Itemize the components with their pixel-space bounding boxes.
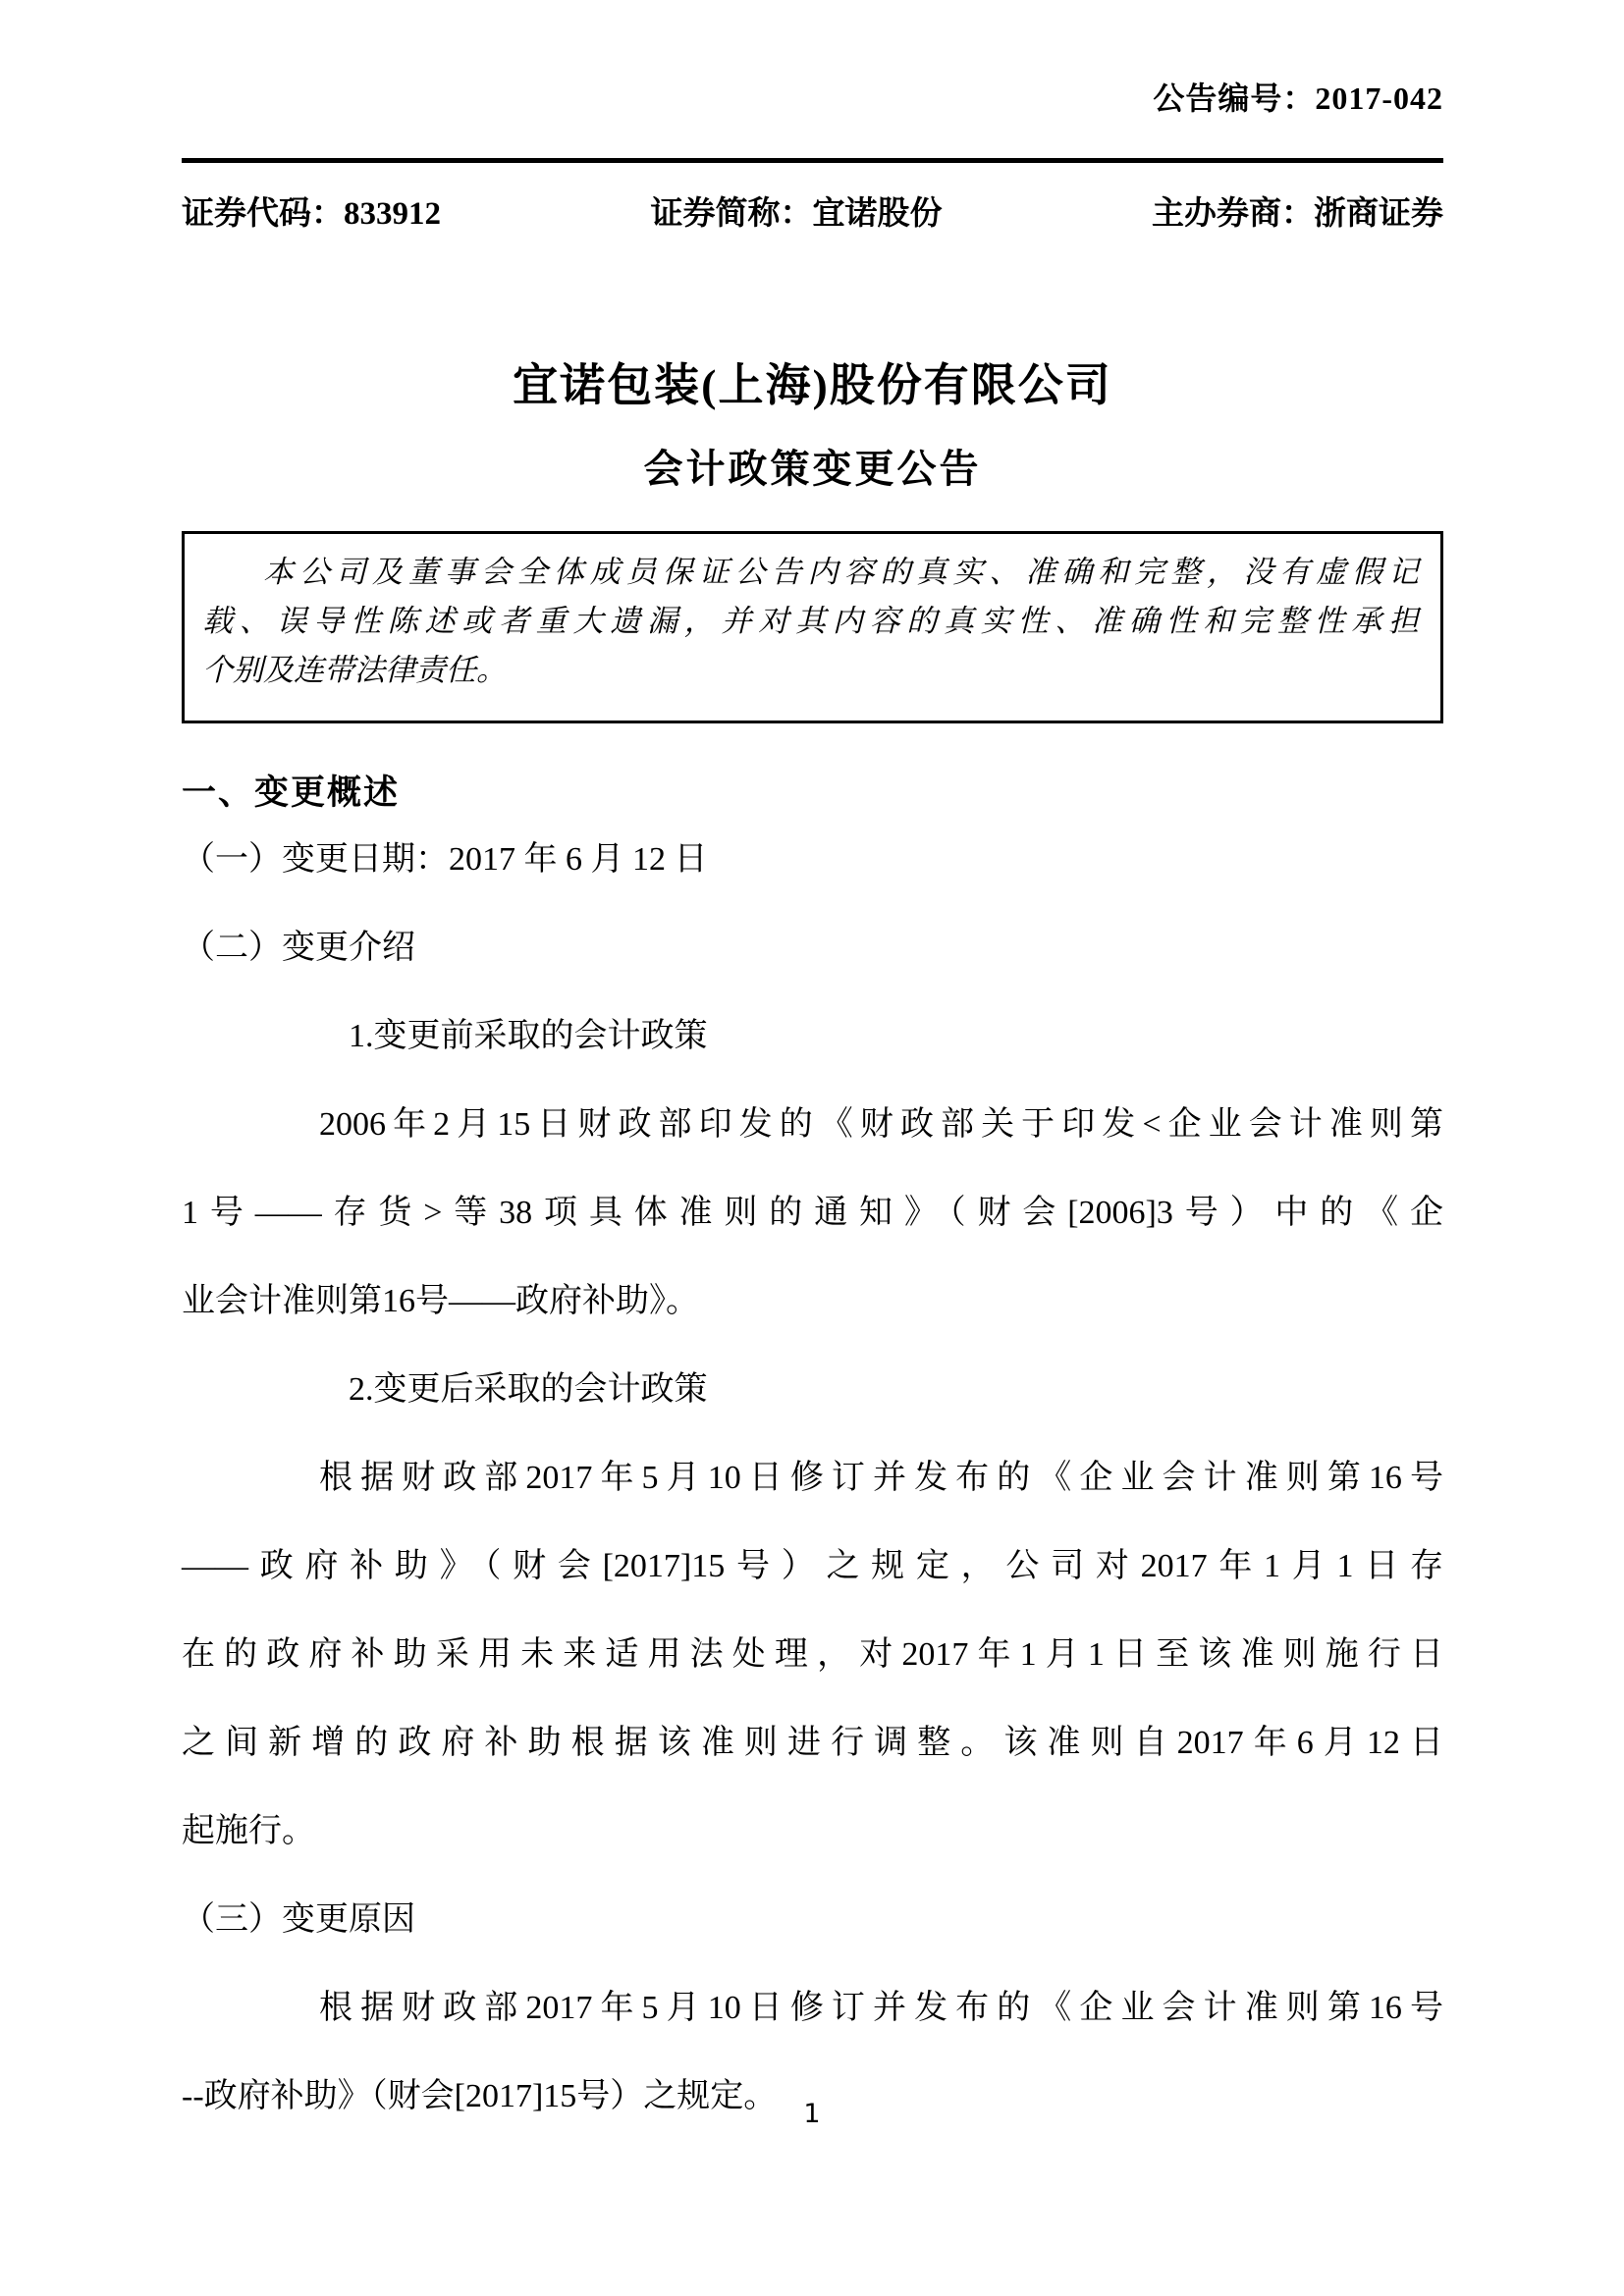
securities-code: 证券代码：833912 [182,192,441,237]
body-line: 2006年2月15日财政部印发的《财政部关于印发<企业会计准则第 [182,1081,1443,1169]
body-line: 1号——存货>等38项具体准则的通知》（财会[2006]3号）中的《企 [182,1169,1443,1257]
body-line: 根据财政部2017年5月10日修订并发布的《企业会计准则第16号 [182,1434,1443,1522]
securities-info-row: 证券代码：833912 证券简称：宜诺股份 主办券商：浙商证券 [182,192,1443,237]
body-line-policy-before: 1.变更前采取的会计政策 [182,992,1443,1081]
announcement-title: 会计政策变更公告 [182,443,1443,496]
disclaimer-line: 本公司及董事会全体成员保证公告内容的真实、准确和完整，没有虚假记 [202,548,1419,597]
body-line: 根据财政部2017年5月10日修订并发布的《企业会计准则第16号 [182,1964,1443,2053]
body-line-change-reason: （三）变更原因 [182,1876,1443,1964]
header-divider-rule [182,158,1443,163]
body-line-change-date: （一）变更日期：2017 年 6 月 12 日 [182,816,1443,904]
body-line-policy-after: 2.变更后采取的会计政策 [182,1346,1443,1434]
body-line-change-intro: （二）变更介绍 [182,904,1443,992]
disclaimer-line: 个别及连带法律责任。 [202,646,1419,695]
section-heading-change-overview: 一、变更概述 [182,771,1443,816]
body-line: ——政府补助》（财会[2017]15号）之规定，公司对2017年1月1日存 [182,1522,1443,1611]
disclaimer-line: 载、误导性陈述或者重大遗漏，并对其内容的真实性、准确性和完整性承担 [202,597,1419,646]
securities-short-name: 证券简称：宜诺股份 [651,192,943,237]
page-number: 1 [0,2099,1624,2129]
body-line: 业会计准则第16号——政府补助》。 [182,1257,1443,1346]
body-line: 起施行。 [182,1788,1443,1876]
document-page: 公告编号：2017-042 证券代码：833912 证券简称：宜诺股份 主办券商… [0,0,1624,2296]
securities-sponsor: 主办券商：浙商证券 [1152,192,1443,237]
body-text: （一）变更日期：2017 年 6 月 12 日 （二）变更介绍 1.变更前采取的… [182,816,1443,2141]
body-line: 在的政府补助采用未来适用法处理，对2017年1月1日至该准则施行日 [182,1611,1443,1699]
company-title: 宜诺包装(上海)股份有限公司 [182,356,1443,415]
disclaimer-box: 本公司及董事会全体成员保证公告内容的真实、准确和完整，没有虚假记 载、误导性陈述… [182,531,1443,723]
announcement-number: 公告编号：2017-042 [182,77,1443,121]
body-line: 之间新增的政府补助根据该准则进行调整。该准则自2017年6月12日 [182,1699,1443,1788]
